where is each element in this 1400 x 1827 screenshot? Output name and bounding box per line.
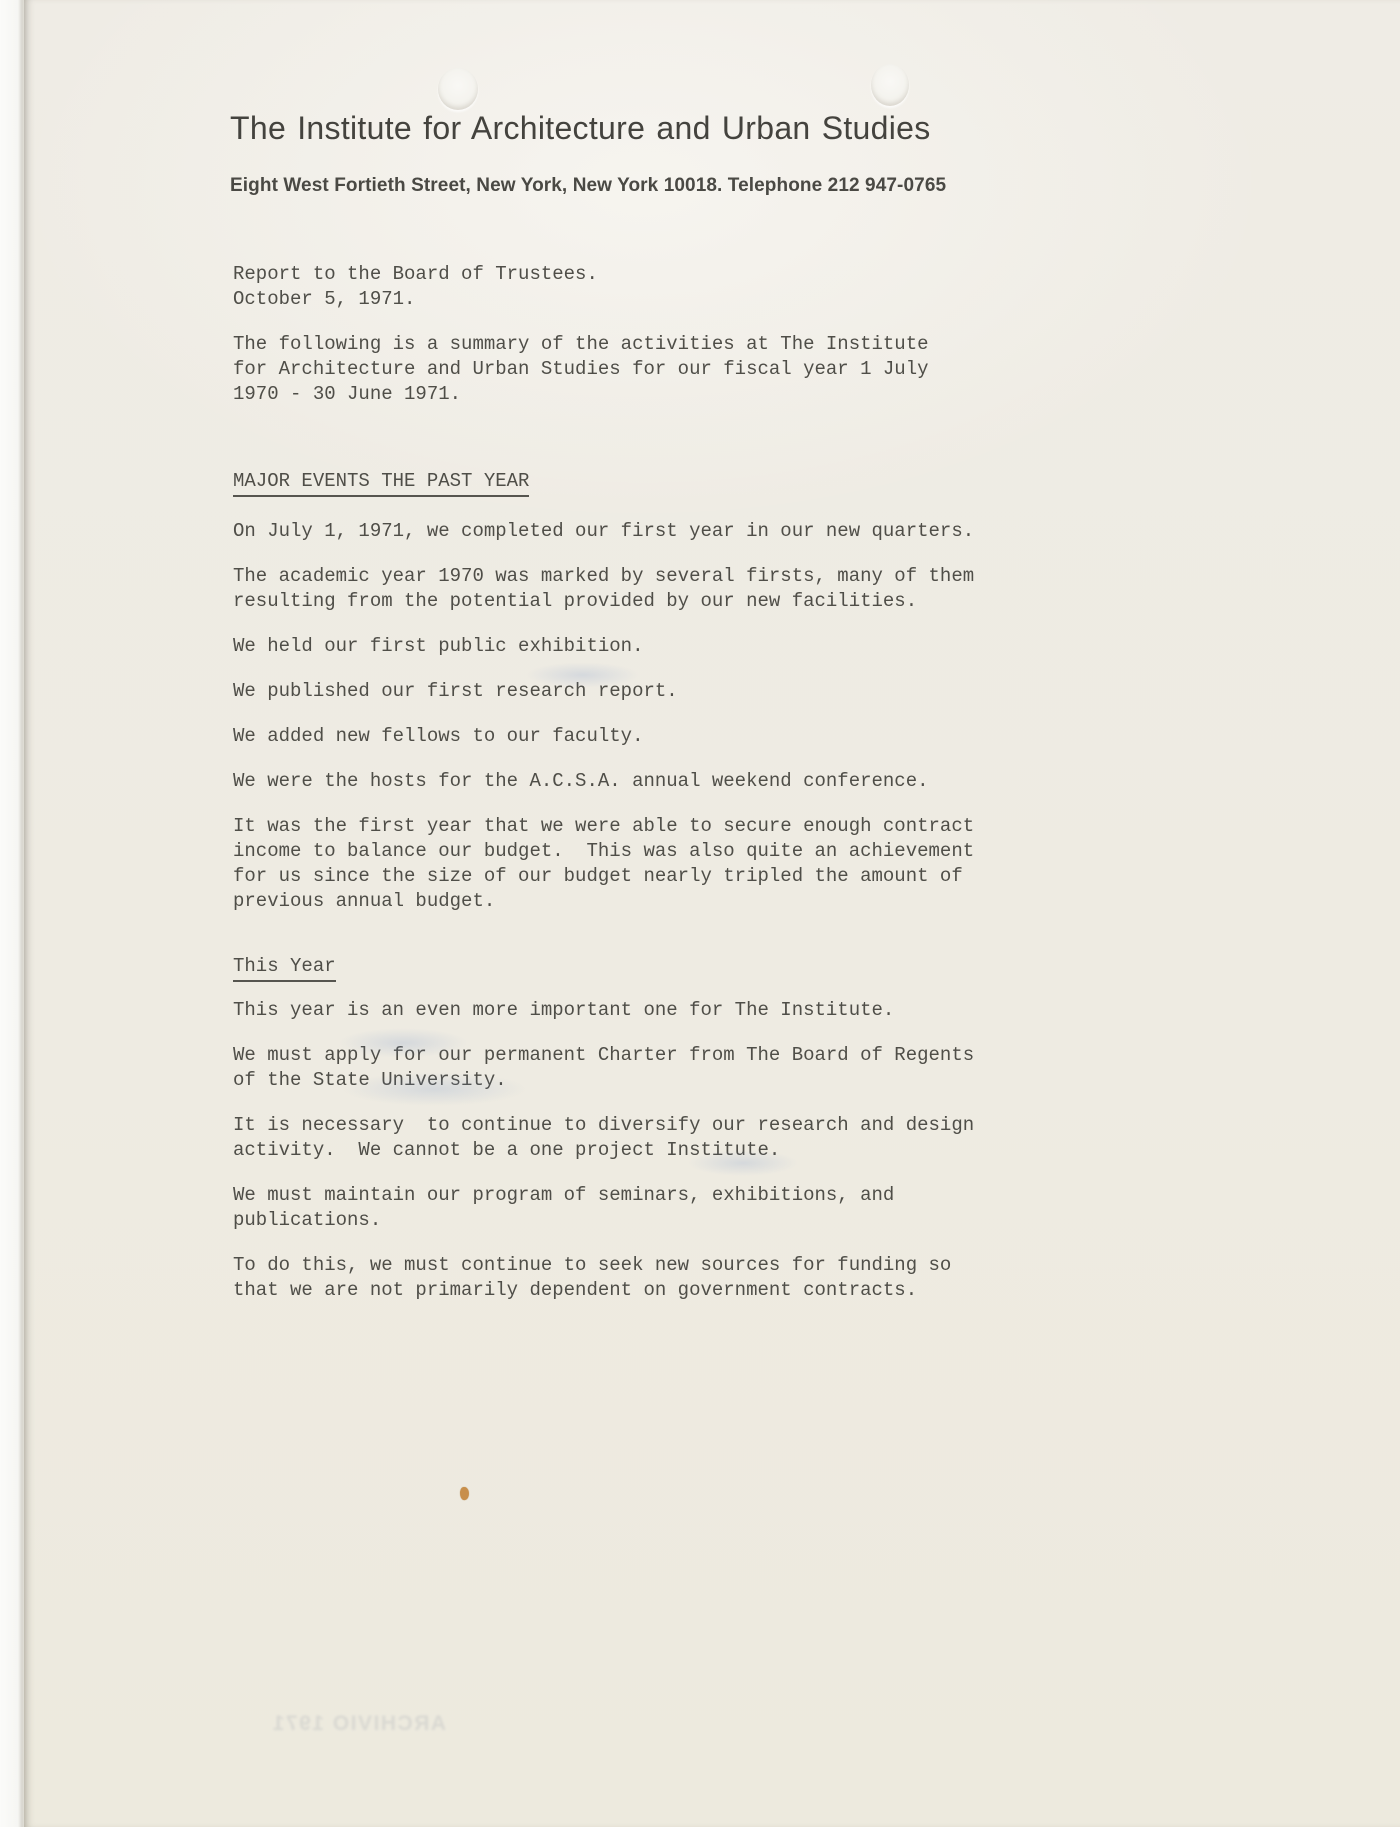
paragraph: This year is an even more important one … bbox=[233, 998, 1023, 1023]
punch-hole-icon bbox=[438, 68, 478, 110]
scanned-document: The Institute for Architecture and Urban… bbox=[0, 0, 1400, 1827]
paragraph: The academic year 1970 was marked by sev… bbox=[233, 564, 1023, 614]
paragraph: We published our first research report. bbox=[233, 679, 1023, 704]
paragraph: We held our first public exhibition. bbox=[233, 634, 1023, 659]
paragraph: We added new fellows to our faculty. bbox=[233, 724, 1023, 749]
paragraph: To do this, we must continue to seek new… bbox=[233, 1253, 1023, 1303]
paragraph: We were the hosts for the A.C.S.A. annua… bbox=[233, 769, 1023, 794]
paragraph: We must maintain our program of seminars… bbox=[233, 1183, 1023, 1233]
section-title-major-events: MAJOR EVENTS THE PAST YEAR bbox=[233, 469, 529, 497]
paragraph: It is necessary to continue to diversify… bbox=[233, 1113, 1023, 1163]
paper-sheet: The Institute for Architecture and Urban… bbox=[24, 0, 1400, 1827]
intro-paragraph: The following is a summary of the activi… bbox=[233, 332, 1023, 407]
letterhead-title: The Institute for Architecture and Urban… bbox=[230, 110, 1010, 147]
section-title-this-year: This Year bbox=[233, 954, 336, 982]
report-date-block: Report to the Board of Trustees. October… bbox=[233, 262, 1023, 312]
paragraph: We must apply for our permanent Charter … bbox=[233, 1043, 1023, 1093]
punch-hole-icon bbox=[871, 64, 909, 106]
letterhead: The Institute for Architecture and Urban… bbox=[230, 110, 1010, 197]
bleed-through-text: ARCHIVIO 1971 bbox=[216, 1712, 446, 1736]
paragraph: On July 1, 1971, we completed our first … bbox=[233, 519, 1023, 544]
letterhead-address: Eight West Fortieth Street, New York, Ne… bbox=[230, 175, 1010, 197]
document-body: Report to the Board of Trustees. October… bbox=[233, 262, 1023, 1323]
paragraph: It was the first year that we were able … bbox=[233, 814, 1023, 914]
paper-fleck bbox=[459, 1486, 470, 1500]
